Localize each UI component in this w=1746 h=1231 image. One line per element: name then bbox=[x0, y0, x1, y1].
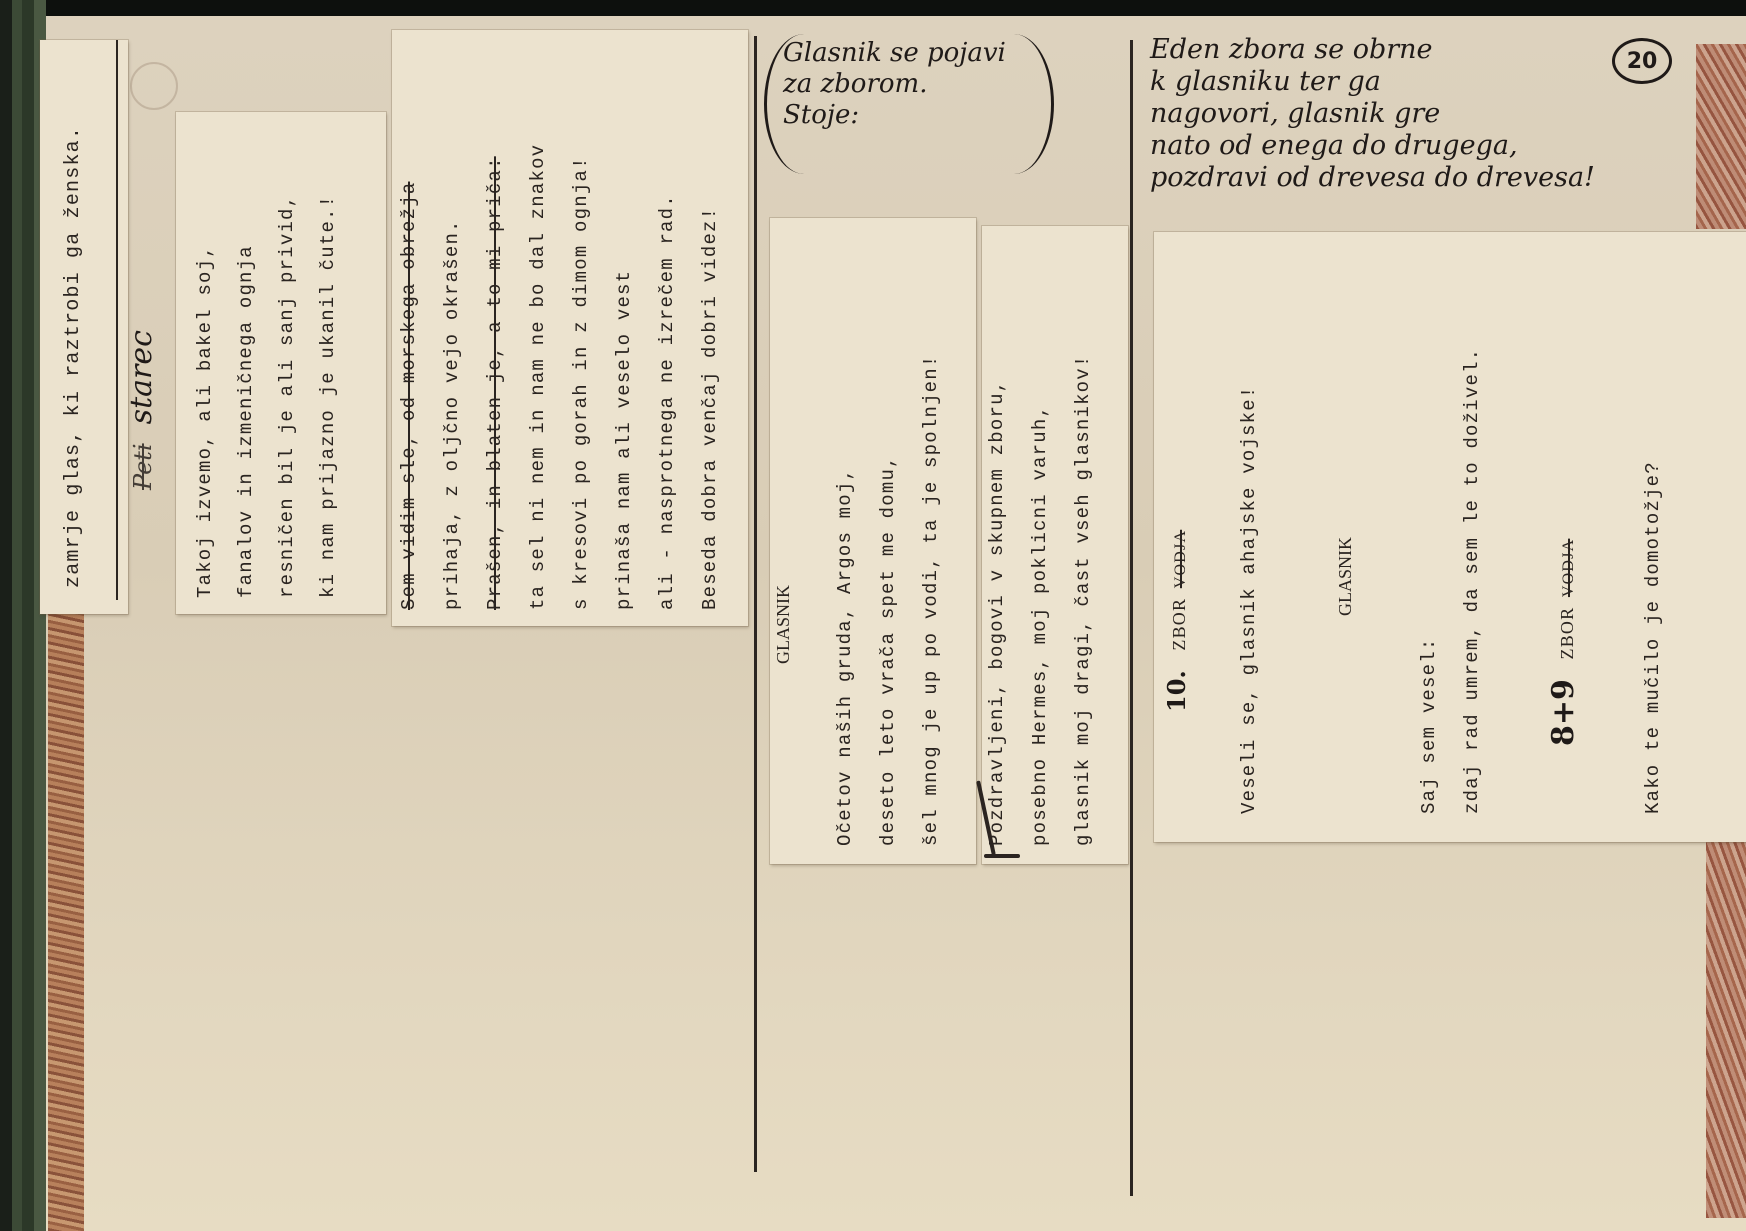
speaker-glasnik-2: GLASNIK bbox=[1336, 476, 1354, 616]
cue-number: 10. bbox=[1162, 670, 1191, 712]
ink-bracket-mark bbox=[984, 854, 1020, 858]
verse-line: glasnik moj dragi, čast vseh glasnikov! bbox=[1074, 226, 1093, 846]
stage-direction-line: Glasnik se pojavi bbox=[783, 38, 1035, 69]
stanza-b: Sem vidim sle, od morskega obrežja priha… bbox=[400, 10, 720, 610]
rotated-text-block: zamrje glas, ki raztrobi ga ženska. bbox=[64, 48, 84, 588]
cue-struck: VODJA bbox=[1172, 530, 1189, 588]
note-line: nagovori, glasnik gre bbox=[1150, 98, 1690, 130]
speaker-handwritten: Peti starec bbox=[124, 250, 159, 490]
note-line: k glasniku ter ga bbox=[1150, 66, 1690, 98]
foxing-stain-right-bottom bbox=[1706, 838, 1746, 1218]
verse-line: s kresovi po gorah in z dimom ognja! bbox=[572, 10, 591, 610]
verse-line: fanalov in izmeničnega ognja bbox=[237, 118, 256, 598]
verse-line: šel mnog je up po vodi, ta je spolnjen! bbox=[922, 226, 941, 846]
verse-line: Veseli se, glasnik ahajske vojske! bbox=[1240, 254, 1259, 814]
stanza-a: Takoj izvemo, ali bakel soj, fanalov in … bbox=[196, 118, 338, 598]
foxing-stain-left bbox=[48, 610, 84, 1231]
verse-line: ali - nasprotnega ne izrečem rad. bbox=[658, 10, 677, 610]
stage-direction: Glasnik se pojavi za zborom. Stoje: bbox=[764, 34, 1054, 174]
verse-line: Kako te mučilo je domotožje? bbox=[1644, 254, 1663, 814]
cue-speaker: ZBOR bbox=[1557, 607, 1577, 660]
page-number: 20 bbox=[1612, 38, 1672, 84]
verse-line: posebno Hermes, moj poklicni varuh, bbox=[1031, 226, 1050, 846]
typed-line: zamrje glas, ki raztrobi ga ženska. bbox=[64, 48, 84, 588]
verse-line: zdaj rad umrem, da sem le to doživel. bbox=[1463, 254, 1482, 814]
faint-stamp bbox=[130, 62, 178, 110]
line-kako: Kako te mučilo je domotožje? bbox=[1644, 254, 1663, 814]
foxing-stain-right-top bbox=[1696, 44, 1746, 229]
verse-line: Pozdravljeni, bogovi v skupnem zboru, bbox=[988, 226, 1007, 846]
cue-8-9: 8+9 ZBOR VODJA bbox=[1546, 426, 1581, 746]
stanza-saj: Saj sem vesel: zdaj rad umrem, da sem le… bbox=[1420, 254, 1482, 814]
line-veseli: Veseli se, glasnik ahajske vojske! bbox=[1240, 254, 1259, 814]
handwritten-note: Eden zbora se obrne k glasniku ter ga na… bbox=[1150, 34, 1690, 194]
verse-line: ta sel ni nem in nam ne bo dal znakov bbox=[529, 10, 548, 610]
ink-margin-line bbox=[116, 40, 118, 600]
verse-line: prinaša nam ali veselo vest bbox=[615, 10, 634, 610]
cue-struck: VODJA bbox=[1560, 539, 1577, 597]
speaker-label: GLASNIK bbox=[774, 524, 792, 664]
verse-line: prihaja, z oljčno vejo okrašen. bbox=[443, 10, 462, 610]
verse-line: Takoj izvemo, ali bakel soj, bbox=[196, 118, 215, 598]
column-divider-2 bbox=[1130, 40, 1133, 1196]
verse-line: deseto leto vrača spet me domu, bbox=[879, 226, 898, 846]
speaker-name: starec bbox=[124, 330, 159, 424]
verse-line-struck: Prašen, in blaten je, a to mi priča: bbox=[486, 10, 505, 610]
cue-10: 10. ZBOR VODJA bbox=[1162, 452, 1191, 712]
stanza-glasnik-a: Očetov naših gruda, Argos moj, deseto le… bbox=[836, 226, 941, 846]
cue-number: 8+9 bbox=[1546, 679, 1581, 746]
column-divider-1 bbox=[754, 36, 757, 1172]
note-line: nato od enega do drugega, bbox=[1150, 130, 1690, 162]
cue-speaker: ZBOR bbox=[1169, 598, 1189, 651]
verse-line-struck: Sem vidim sle, od morskega obrežja bbox=[400, 10, 419, 610]
verse-line: Beseda dobra venčaj dobri videz! bbox=[701, 10, 720, 610]
stage-direction-line: Stoje: bbox=[783, 100, 1035, 131]
verse-line: Saj sem vesel: bbox=[1420, 254, 1439, 814]
verse-line: ki nam prijazno je ukanil čute.! bbox=[319, 118, 338, 598]
stage-direction-line: za zborom. bbox=[783, 69, 1035, 100]
verse-line: Očetov naših gruda, Argos moj, bbox=[836, 226, 855, 846]
note-line: Eden zbora se obrne bbox=[1150, 34, 1690, 66]
struck-word: Peti bbox=[129, 443, 157, 490]
stanza-glasnik-b: Pozdravljeni, bogovi v skupnem zboru, po… bbox=[988, 226, 1093, 846]
verse-line: resničen bil je ali sanj privid, bbox=[278, 118, 297, 598]
note-line: pozdravi od drevesa do drevesa! bbox=[1150, 162, 1690, 194]
